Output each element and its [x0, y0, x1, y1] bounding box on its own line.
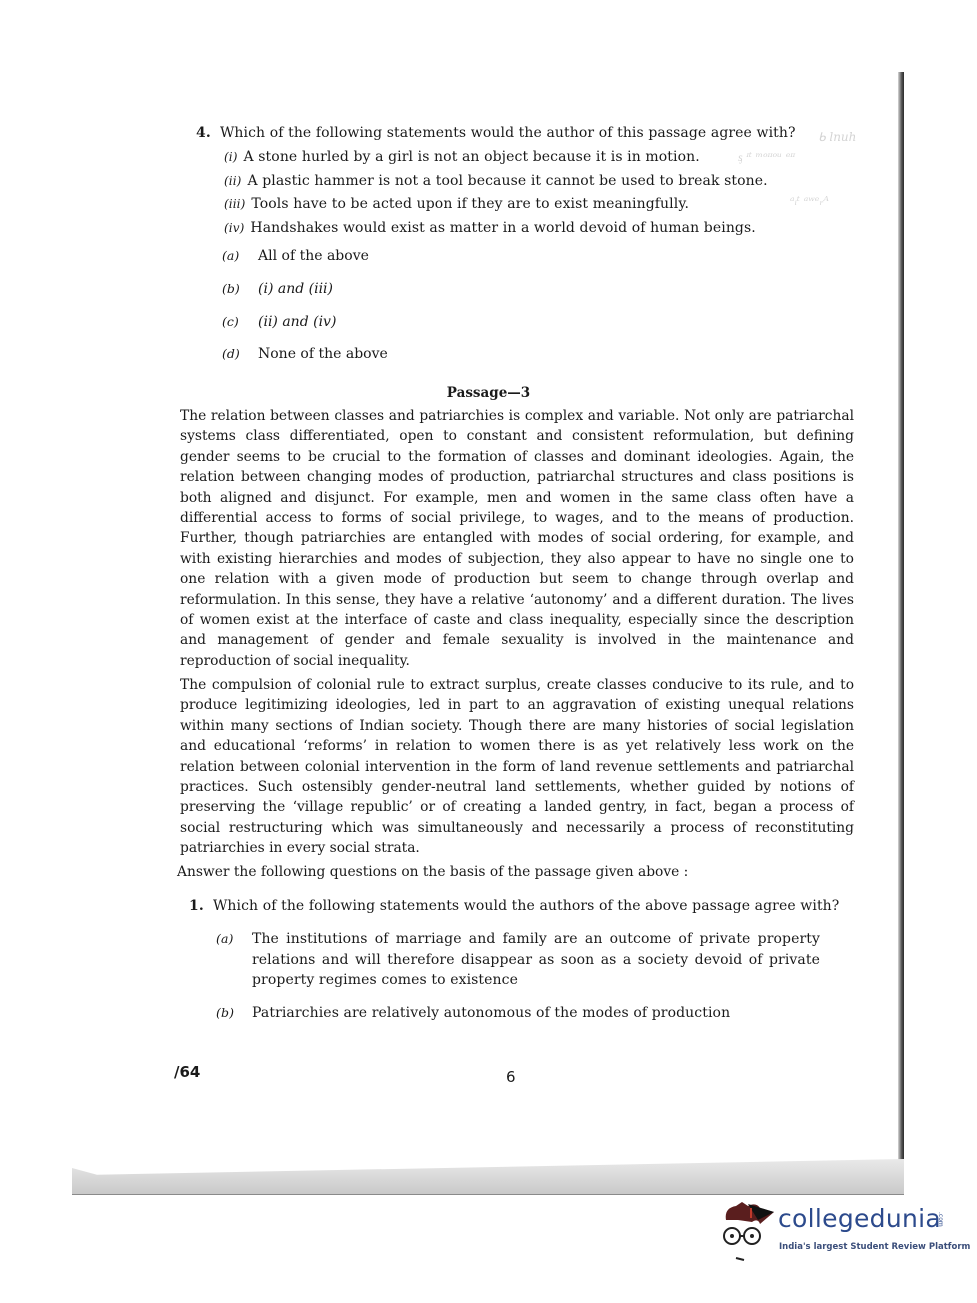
- question-text: Which of the following statements would …: [220, 125, 796, 141]
- q1-option-a: (a) The institutions of marriage and fam…: [216, 929, 820, 991]
- bleed-through-text: ᵃᵢᵗ ᵃʷᵉᵣᴬ: [790, 194, 829, 208]
- option-d: (d)None of the above: [222, 346, 388, 362]
- page-number: 6: [506, 1068, 516, 1086]
- bleed-through-text: ᶊ ᶦᵗ ᵐᵒᶦᶦᵒᵘ ᵉᶦᶦ: [738, 150, 795, 165]
- bleed-through-text: ᑲ lnuh: [818, 130, 856, 144]
- question-number: 4.: [196, 125, 211, 141]
- brand-domain-suffix: .com: [937, 1212, 944, 1227]
- brand-tagline: India's largest Student Review Platform: [779, 1242, 970, 1252]
- passage-paragraph-2: The compulsion of colonial rule to extra…: [180, 675, 854, 859]
- q1-option-b: (b)Patriarchies are relatively autonomou…: [216, 1003, 730, 1024]
- passage-paragraph-1: The relation between classes and patriar…: [180, 406, 854, 671]
- question-4-prompt: 4. Which of the following statements wou…: [196, 123, 796, 144]
- page-edge-shadow: [898, 72, 904, 1194]
- option-b: (b)(i) and (iii): [222, 281, 333, 297]
- brand-name: collegedunia: [778, 1204, 941, 1233]
- passage-title: Passage—3: [0, 385, 977, 401]
- option-c: (c)(ii) and (iv): [222, 314, 336, 330]
- option-a: (a)All of the above: [222, 248, 369, 264]
- passage-instruction: Answer the following questions on the ba…: [177, 862, 851, 882]
- paper-code: /64: [174, 1063, 200, 1081]
- question-1-prompt: 1. Which of the following statements wou…: [189, 896, 839, 917]
- statement-i: (i)A stone hurled by a girl is not an ob…: [224, 147, 700, 168]
- mascot-icon: [718, 1198, 778, 1268]
- statement-iii: (iii)Tools have to be acted upon if they…: [224, 194, 689, 215]
- collegedunia-watermark: collegedunia .com India's largest Studen…: [718, 1198, 958, 1268]
- statement-ii: (ii)A plastic hammer is not a tool becau…: [224, 171, 768, 192]
- statement-iv: (iv)Handshakes would exist as matter in …: [224, 218, 756, 239]
